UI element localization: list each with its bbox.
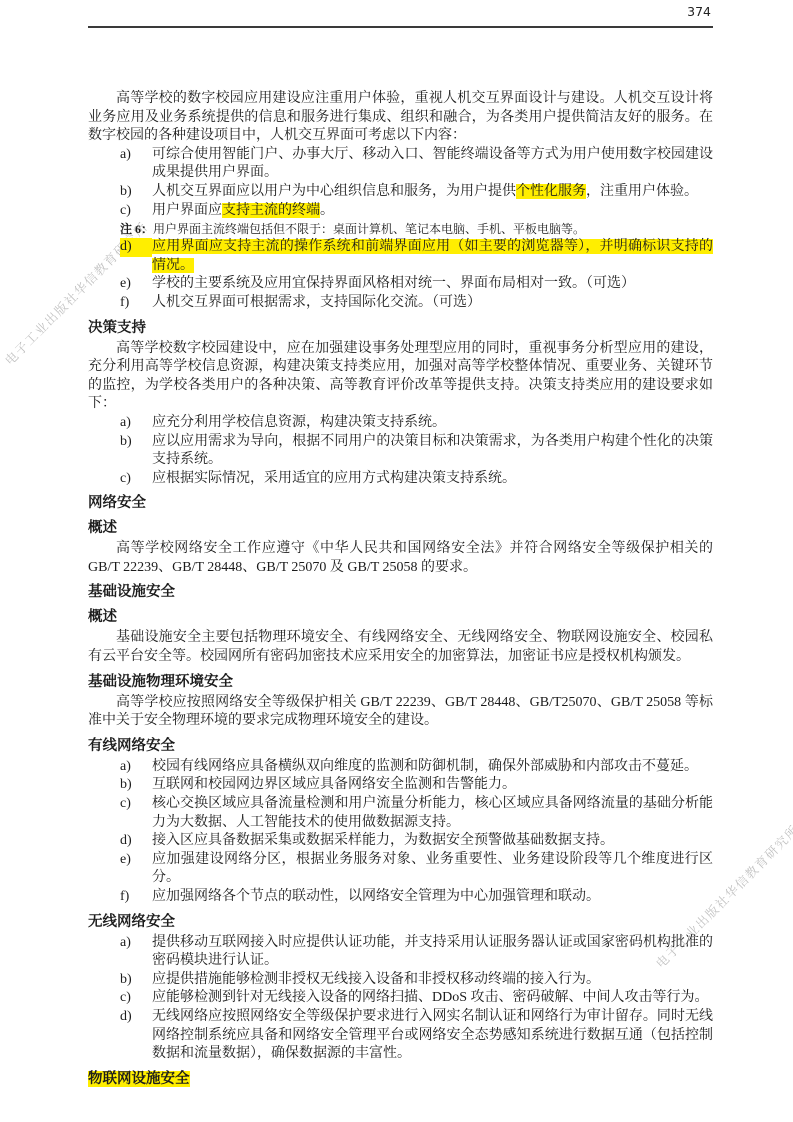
list-item-marker: d) bbox=[120, 1008, 152, 1027]
list-item-text: 应根据实际情况，采用适宜的应用方式构建决策支持系统。 bbox=[152, 471, 516, 486]
network-security-paragraph: 高等学校网络安全工作应遵守《中华人民共和国网络安全法》并符合网络安全等级保护相关… bbox=[88, 540, 713, 577]
heading-network-security-overview: 概述 bbox=[88, 518, 713, 538]
list-item-text: 用户界面应 bbox=[152, 203, 222, 218]
list-item-text: ，注重用户体验。 bbox=[586, 184, 698, 199]
wireless-security-item-b: b) 应提供措施能够检测非授权无线接入设备和非授权移动终端的接入行为。 bbox=[88, 971, 713, 990]
wired-security-item-f: f) 应加强网络各个节点的联动性，以网络安全管理为中心加强管理和联动。 bbox=[88, 888, 713, 907]
list-item-marker: d) bbox=[120, 238, 152, 257]
list-item-text: 提供移动互联网接入时应提供认证功能，并支持采用认证服务器认证或国家密码机构批准的… bbox=[152, 935, 713, 969]
list-item-text: 应能够检测到针对无线接入设备的网络扫描、DDoS 攻击、密码破解、中间人攻击等行… bbox=[152, 990, 709, 1005]
list-item-marker: c) bbox=[120, 989, 152, 1008]
list-item-text: 应提供措施能够检测非授权无线接入设备和非授权移动终端的接入行为。 bbox=[152, 972, 600, 987]
list-item-text: 。 bbox=[320, 203, 334, 218]
interaction-item-a: a) 可综合使用智能门户、办事大厅、移动入口、智能终端设备等方式为用户使用数字校… bbox=[88, 146, 713, 183]
interaction-item-e: e) 学校的主要系统及应用宜保持界面风格相对统一、界面布局相对一致。（可选） bbox=[88, 275, 713, 294]
list-item-text: 互联网和校园网边界区域应具备网络安全监测和告警能力。 bbox=[152, 777, 516, 792]
interaction-item-c: c)用户界面应支持主流的终端。 bbox=[88, 202, 713, 221]
list-item-marker: b) bbox=[120, 776, 152, 795]
document-page: 电子工业出版社华信教育研究所 电子工业出版社华信教育研究所 374 高等学校的数… bbox=[0, 0, 793, 1122]
list-item-text: 核心交换区域应具备流量检测和用户流量分析能力，核心区域应具备网络流量的基础分析能… bbox=[152, 796, 713, 830]
list-item-text: 人机交互界面可根据需求，支持国际化交流。（可选） bbox=[152, 295, 481, 310]
interaction-item-d: d)应用界面应支持主流的操作系统和前端界面应用（如主要的浏览器等），并明确标识支… bbox=[88, 238, 713, 275]
list-item-marker: a) bbox=[120, 934, 152, 953]
highlighted-text: 支持主流的终端 bbox=[222, 203, 320, 218]
interaction-intro-paragraph: 高等学校的数字校园应用建设应注重用户体验，重视人机交互界面设计与建设。人机交互设… bbox=[88, 90, 713, 146]
list-item-marker: c) bbox=[120, 202, 152, 221]
list-item-marker: c) bbox=[120, 470, 152, 489]
highlighted-text: 个性化服务 bbox=[516, 184, 586, 199]
heading-iot-security: 物联网设施安全 bbox=[88, 1069, 713, 1089]
decision-support-paragraph: 高等学校数字校园建设中，应在加强建设事务处理型应用的同时，重视事务分析型应用的建… bbox=[88, 340, 713, 414]
wired-security-item-a: a) 校园有线网络应具备横纵双向维度的监测和防御机制，确保外部威胁和内部攻击不蔓… bbox=[88, 758, 713, 777]
list-item-marker: b) bbox=[120, 433, 152, 452]
decision-support-item-a: a) 应充分利用学校信息资源，构建决策支持系统。 bbox=[88, 414, 713, 433]
list-item-marker: f) bbox=[120, 888, 152, 907]
list-item-text: 可综合使用智能门户、办事大厅、移动入口、智能终端设备等方式为用户使用数字校园建设… bbox=[152, 147, 713, 181]
highlighted-text: 应用界面应支持主流的操作系统和前端界面应用（如主要的浏览器等），并明确标识支持的… bbox=[152, 239, 713, 273]
heading-wired-network-security: 有线网络安全 bbox=[88, 736, 713, 756]
page-content: 高等学校的数字校园应用建设应注重用户体验，重视人机交互界面设计与建设。人机交互设… bbox=[88, 28, 713, 1089]
list-item-text: 应加强网络各个节点的联动性，以网络安全管理为中心加强管理和联动。 bbox=[152, 889, 600, 904]
heading-network-security: 网络安全 bbox=[88, 493, 713, 513]
list-item-marker: f) bbox=[120, 294, 152, 313]
list-item-marker: a) bbox=[120, 758, 152, 777]
list-item-text: 无线网络应按照网络安全等级保护要求进行入网实名制认证和网络行为审计留存。同时无线… bbox=[152, 1009, 713, 1061]
heading-infrastructure-security: 基础设施安全 bbox=[88, 582, 713, 602]
note-6: 注 6：用户界面主流终端包括但不限于：桌面计算机、笔记本电脑、手机、平板电脑等。 bbox=[88, 220, 713, 238]
list-item-text: 应以应用需求为导向，根据不同用户的决策目标和决策需求，为各类用户构建个性化的决策… bbox=[152, 434, 713, 468]
list-item-text: 接入区应具备数据采集或数据采样能力，为数据安全预警做基础数据支持。 bbox=[152, 833, 614, 848]
list-item-text: 人机交互界面应以用户为中心组织信息和服务，为用户提供 bbox=[152, 184, 516, 199]
heading-physical-environment-security: 基础设施物理环境安全 bbox=[88, 672, 713, 692]
list-item-text: 校园有线网络应具备横纵双向维度的监测和防御机制，确保外部威胁和内部攻击不蔓延。 bbox=[152, 759, 698, 774]
wired-security-item-b: b) 互联网和校园网边界区域应具备网络安全监测和告警能力。 bbox=[88, 776, 713, 795]
list-item-text: 学校的主要系统及应用宜保持界面风格相对统一、界面布局相对一致。（可选） bbox=[152, 276, 635, 291]
physical-environment-paragraph: 高等学校应按照网络安全等级保护相关 GB/T 22239、GB/T 28448、… bbox=[88, 694, 713, 731]
wireless-security-item-d: d) 无线网络应按照网络安全等级保护要求进行入网实名制认证和网络行为审计留存。同… bbox=[88, 1008, 713, 1064]
list-item-marker: e) bbox=[120, 275, 152, 294]
note-label: 注 6： bbox=[120, 222, 153, 236]
list-item-marker: b) bbox=[120, 971, 152, 990]
wired-security-item-c: c) 核心交换区域应具备流量检测和用户流量分析能力，核心区域应具备网络流量的基础… bbox=[88, 795, 713, 832]
list-item-marker: a) bbox=[120, 146, 152, 165]
wireless-security-item-a: a) 提供移动互联网接入时应提供认证功能，并支持采用认证服务器认证或国家密码机构… bbox=[88, 934, 713, 971]
wired-security-item-d: d) 接入区应具备数据采集或数据采样能力，为数据安全预警做基础数据支持。 bbox=[88, 832, 713, 851]
list-item-marker: c) bbox=[120, 795, 152, 814]
page-header: 374 bbox=[88, 4, 713, 28]
list-item-text: 应充分利用学校信息资源，构建决策支持系统。 bbox=[152, 415, 446, 430]
wired-security-item-e: e) 应加强建设网络分区，根据业务服务对象、业务重要性、业务建设阶段等几个维度进… bbox=[88, 851, 713, 888]
page-number: 374 bbox=[88, 4, 713, 19]
wireless-security-item-c: c) 应能够检测到针对无线接入设备的网络扫描、DDoS 攻击、密码破解、中间人攻… bbox=[88, 989, 713, 1008]
list-item-text: 应加强建设网络分区，根据业务服务对象、业务重要性、业务建设阶段等几个维度进行区分… bbox=[152, 852, 713, 886]
note-text: 用户界面主流终端包括但不限于：桌面计算机、笔记本电脑、手机、平板电脑等。 bbox=[153, 222, 585, 236]
interaction-item-f: f) 人机交互界面可根据需求，支持国际化交流。（可选） bbox=[88, 294, 713, 313]
decision-support-item-b: b) 应以应用需求为导向，根据不同用户的决策目标和决策需求，为各类用户构建个性化… bbox=[88, 433, 713, 470]
list-item-marker: b) bbox=[120, 183, 152, 202]
heading-decision-support: 决策支持 bbox=[88, 318, 713, 338]
decision-support-item-c: c) 应根据实际情况，采用适宜的应用方式构建决策支持系统。 bbox=[88, 470, 713, 489]
highlighted-heading-text: 物联网设施安全 bbox=[88, 1071, 190, 1087]
list-item-marker: d) bbox=[120, 832, 152, 851]
list-item-marker: a) bbox=[120, 414, 152, 433]
infrastructure-overview-paragraph: 基础设施安全主要包括物理环境安全、有线网络安全、无线网络安全、物联网设施安全、校… bbox=[88, 629, 713, 666]
heading-wireless-network-security: 无线网络安全 bbox=[88, 912, 713, 932]
heading-infrastructure-overview: 概述 bbox=[88, 607, 713, 627]
interaction-item-b: b)人机交互界面应以用户为中心组织信息和服务，为用户提供个性化服务，注重用户体验… bbox=[88, 183, 713, 202]
list-item-marker: e) bbox=[120, 851, 152, 870]
